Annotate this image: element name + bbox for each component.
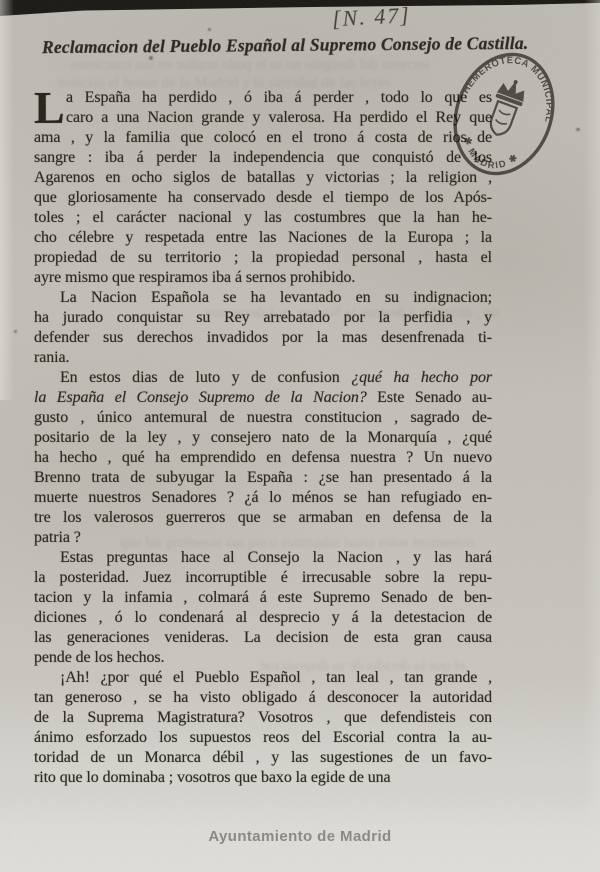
text-line: patria ? xyxy=(34,528,492,548)
paragraph: Estas preguntas hace al Consejo la Nacio… xyxy=(34,548,492,668)
ink-speck xyxy=(149,56,153,60)
text-line: la España el Consejo Supremo de la Nacio… xyxy=(34,388,492,408)
bleedthrough-text: secretos del designio no se le pudo ocul… xyxy=(70,57,430,74)
text-line: pende de los hechos. xyxy=(34,648,492,668)
text-line: rania. xyxy=(34,348,492,368)
text-line: positario de la ley , y consejero nato d… xyxy=(34,428,492,448)
text-line: Agarenos en ocho siglos de batallas y vi… xyxy=(34,168,492,188)
document-text: La España ha perdido , ó iba á perder , … xyxy=(34,88,492,788)
text-line: muerte nuestros Senadores ? ¿á lo ménos … xyxy=(34,488,492,508)
text-line: ha hecho , qué ha emprendido en defensa … xyxy=(34,448,492,468)
text-line: ánimo esforzado los supuestos reos del E… xyxy=(34,728,492,748)
text-line: toles ; el carácter nacional y las costu… xyxy=(34,208,492,228)
text-line: tan generoso , se ha visto obligado á de… xyxy=(34,688,492,708)
handwritten-catalog-number: [N. 47] xyxy=(331,2,422,33)
text-line: la posteridad. Juez incorruptible é irre… xyxy=(34,568,492,588)
scanned-document-page: { "page": { "handwritten_number": "[N. 4… xyxy=(0,0,600,872)
stamp-shield-emblem xyxy=(487,101,517,138)
paragraph: En estos dias de luto y de confusion ¿qu… xyxy=(34,368,492,548)
text-line: defender sus derechos invadidos por la m… xyxy=(34,328,492,348)
text-line: propiedad de su territorio ; la propieda… xyxy=(34,248,492,268)
text-line: caro a una Nacion grande y valerosa. Ha … xyxy=(34,108,492,128)
footer-label: Ayuntamiento de Madrid xyxy=(0,828,600,845)
ink-speck xyxy=(14,330,17,333)
text-line: ayre mismo que respiramos iba á sernos p… xyxy=(34,268,492,288)
text-line: rito que lo dominaba ; vosotros que baxo… xyxy=(34,768,492,788)
drop-cap: L xyxy=(34,90,59,128)
text-line: a España ha perdido , ó iba á perder , t… xyxy=(34,88,492,108)
ink-speck xyxy=(208,28,211,31)
paragraph: La España ha perdido , ó iba á perder , … xyxy=(34,88,492,288)
ink-speck xyxy=(576,128,580,131)
stamp-top-text: HEMEROTECA MUNICIPAL xyxy=(460,44,560,126)
paragraph: La Nacion Española se ha levantado en su… xyxy=(34,288,492,368)
paragraph: ¡Ah! ¿por qué el Pueblo Español , tan le… xyxy=(34,668,492,788)
text-line: gusto , único antemural de nuestra const… xyxy=(34,408,492,428)
text-line: En estos dias de luto y de confusion ¿qu… xyxy=(34,368,492,388)
text-line: La Nacion Española se ha levantado en su… xyxy=(34,288,492,308)
text-line: ¡Ah! ¿por qué el Pueblo Español , tan le… xyxy=(34,668,492,688)
text-line: tacion y la infamia , colmará á este Sup… xyxy=(34,588,492,608)
text-line: ha jurado conquistar su Rey arrebatado p… xyxy=(34,308,492,328)
text-line: tre los valerosos guerreros que se armab… xyxy=(34,508,492,528)
text-line: Brenno trata de subyugar la España : ¿se… xyxy=(34,468,492,488)
text-line: cho célebre y respetada entre las Nacion… xyxy=(34,228,492,248)
scan-dark-edge xyxy=(0,0,600,16)
text-line: de la Suprema Magistratura? Vosotros , q… xyxy=(34,708,492,728)
text-line: diciones , ó lo condenará al desprecio y… xyxy=(34,608,492,628)
text-line: toridad de un Monarca débil , y las suge… xyxy=(34,748,492,768)
scan-left-edge-highlight xyxy=(0,0,14,400)
text-line: que gloriosamente ha conservado desde el… xyxy=(34,188,492,208)
text-line: las generaciones venideras. La decision … xyxy=(34,628,492,648)
text-line: ama , y la familia que colocó en el tron… xyxy=(34,128,492,148)
text-line: Estas preguntas hace al Consejo la Nacio… xyxy=(34,548,492,568)
hemeroteca-stamp: HEMEROTECA MUNICIPAL ✱ MADRID ✱ xyxy=(448,44,560,184)
scan-right-edge-highlight xyxy=(584,0,600,872)
text-line: sangre : iba á perder la independencia q… xyxy=(34,148,492,168)
